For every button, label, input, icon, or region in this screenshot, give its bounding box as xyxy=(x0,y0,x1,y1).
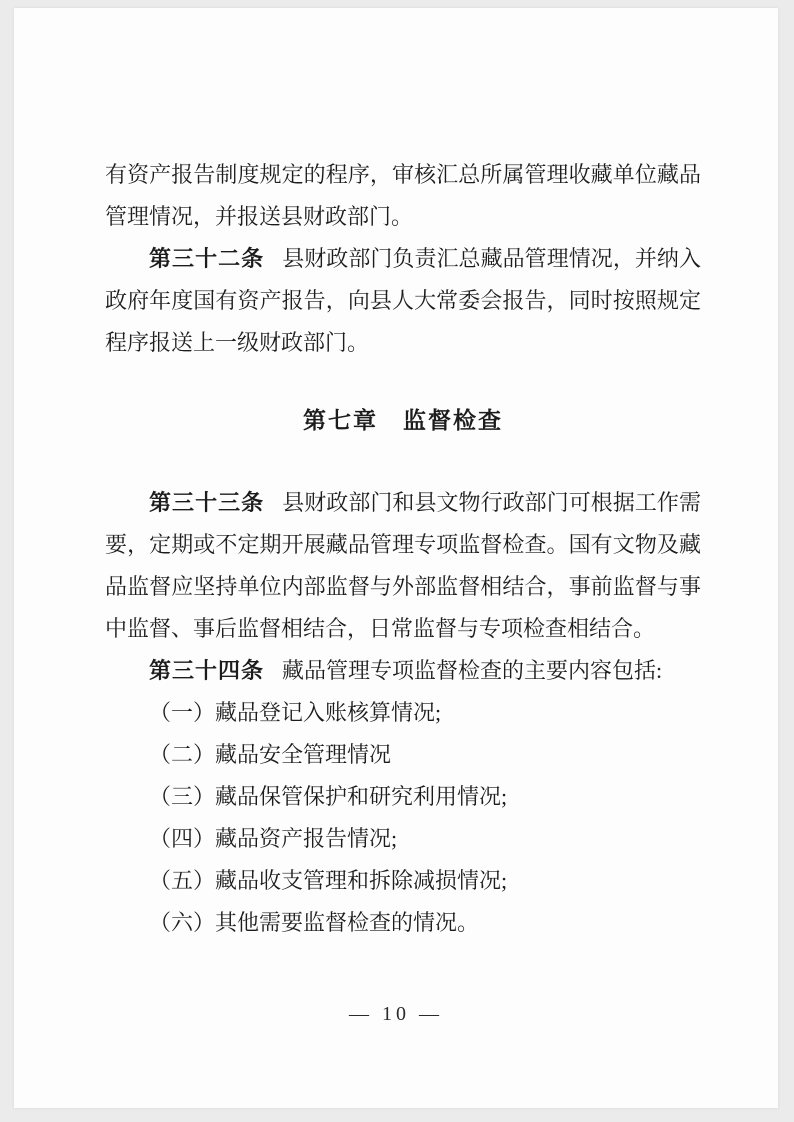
article-32: 第三十二条县财政部门负责汇总藏品管理情况，并纳入政府年度国有资产报告，向县人大常… xyxy=(105,238,701,364)
page-number: — 10 — xyxy=(14,1003,778,1026)
list-item-4: （四）藏品资产报告情况; xyxy=(105,818,701,860)
article-34-number: 第三十四条 xyxy=(149,658,264,683)
paragraph-continuation: 有资产报告制度规定的程序，审核汇总所属管理收藏单位藏品管理情况，并报送县财政部门… xyxy=(105,154,701,238)
list-item-5: （五）藏品收支管理和拆除减损情况; xyxy=(105,860,701,902)
document-page: 有资产报告制度规定的程序，审核汇总所属管理收藏单位藏品管理情况，并报送县财政部门… xyxy=(14,8,778,1108)
article-34-text: 藏品管理专项监督检查的主要内容包括: xyxy=(282,658,662,683)
article-33-number: 第三十三条 xyxy=(149,490,264,515)
document-body: 有资产报告制度规定的程序，审核汇总所属管理收藏单位藏品管理情况，并报送县财政部门… xyxy=(105,154,701,944)
article-33: 第三十三条县财政部门和县文物行政部门可根据工作需要，定期或不定期开展藏品管理专项… xyxy=(105,482,701,650)
list-item-6: （六）其他需要监督检查的情况。 xyxy=(105,902,701,944)
chapter-7-heading: 第七章 监督检查 xyxy=(105,400,701,442)
list-item-2: （二）藏品安全管理情况 xyxy=(105,734,701,776)
list-item-1: （一）藏品登记入账核算情况; xyxy=(105,692,701,734)
article-34: 第三十四条藏品管理专项监督检查的主要内容包括: xyxy=(105,650,701,692)
list-item-3: （三）藏品保管保护和研究利用情况; xyxy=(105,776,701,818)
article-32-number: 第三十二条 xyxy=(149,246,264,271)
